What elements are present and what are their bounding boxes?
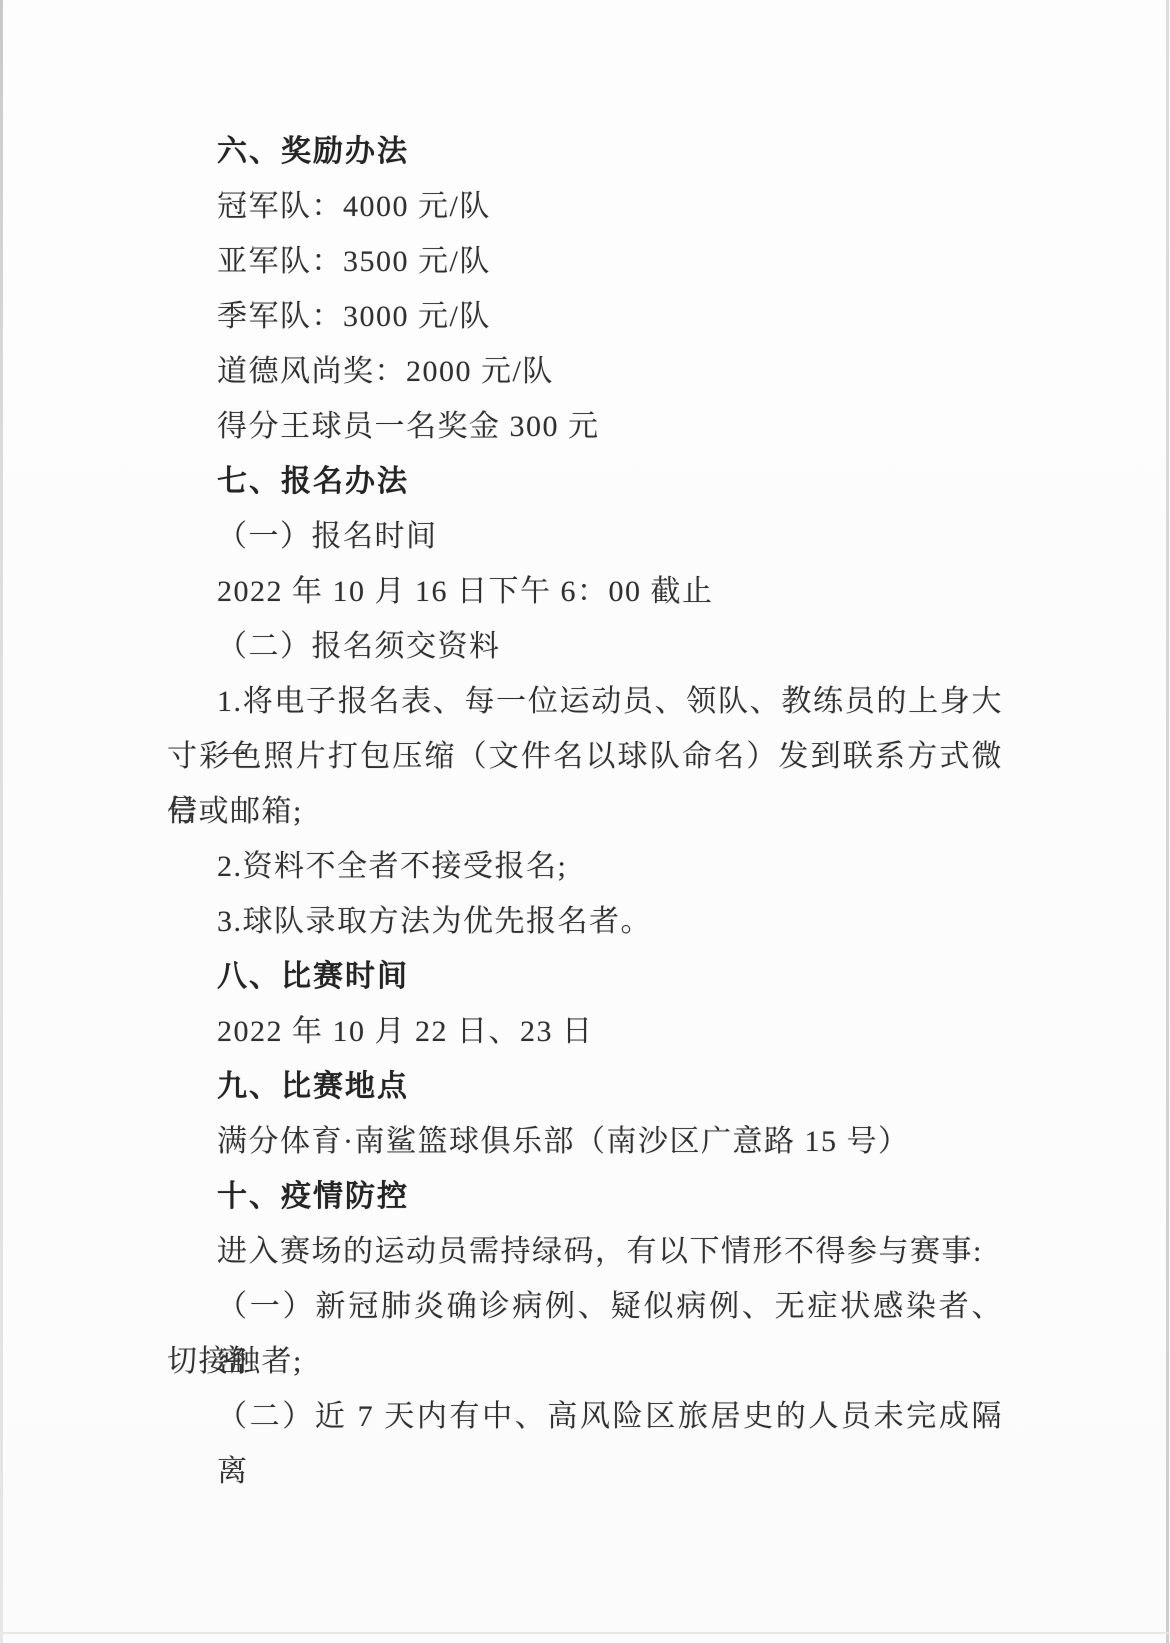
section-heading-line: 九、比赛地点: [167, 1059, 1003, 1114]
document-text-line: （二）报名须交资料: [167, 619, 1003, 674]
document-text-line: 寸彩色照片打包压缩（文件名以球队命名）发到联系方式微信: [167, 729, 1003, 784]
document-text-line: 2.资料不全者不接受报名;: [167, 839, 1003, 894]
scanned-document-page: 六、奖励办法冠军队：4000 元/队亚军队：3500 元/队季军队：3000 元…: [0, 0, 1170, 1643]
document-text-line: 号或邮箱;: [167, 784, 1003, 839]
document-text-line: （二）近 7 天内有中、高风险区旅居史的人员未完成隔离: [167, 1389, 1003, 1444]
section-heading-line: 十、疫情防控: [167, 1169, 1003, 1224]
document-text-line: 进入赛场的运动员需持绿码，有以下情形不得参与赛事:: [167, 1224, 1003, 1279]
document-text-line: 亚军队：3500 元/队: [167, 234, 1003, 289]
scan-edge-left: [0, 0, 3, 1643]
document-text-block: 六、奖励办法冠军队：4000 元/队亚军队：3500 元/队季军队：3000 元…: [167, 124, 1003, 1444]
document-text-line: 满分体育·南鲨篮球俱乐部（南沙区广意路 15 号）: [167, 1114, 1003, 1169]
document-text-line: （一）新冠肺炎确诊病例、疑似病例、无症状感染者、密: [167, 1279, 1003, 1334]
section-heading-line: 八、比赛时间: [167, 949, 1003, 1004]
document-text-line: （一）报名时间: [167, 509, 1003, 564]
document-text-line: 季军队：3000 元/队: [167, 289, 1003, 344]
document-text-line: 道德风尚奖：2000 元/队: [167, 344, 1003, 399]
document-text-line: 2022 年 10 月 22 日、23 日: [167, 1004, 1003, 1059]
section-heading-line: 七、报名办法: [167, 454, 1003, 509]
document-text-line: 2022 年 10 月 16 日下午 6：00 截止: [167, 564, 1003, 619]
document-text-line: 3.球队录取方法为优先报名者。: [167, 894, 1003, 949]
section-heading-line: 六、奖励办法: [167, 124, 1003, 179]
document-text-line: 切接触者;: [167, 1334, 1003, 1389]
document-text-line: 得分王球员一名奖金 300 元: [167, 399, 1003, 454]
document-text-line: 冠军队：4000 元/队: [167, 179, 1003, 234]
document-text-line: 1.将电子报名表、每一位运动员、领队、教练员的上身大一: [167, 674, 1003, 729]
scan-edge-right: [1166, 0, 1169, 1643]
scan-edge-bottom: [0, 1632, 1170, 1634]
